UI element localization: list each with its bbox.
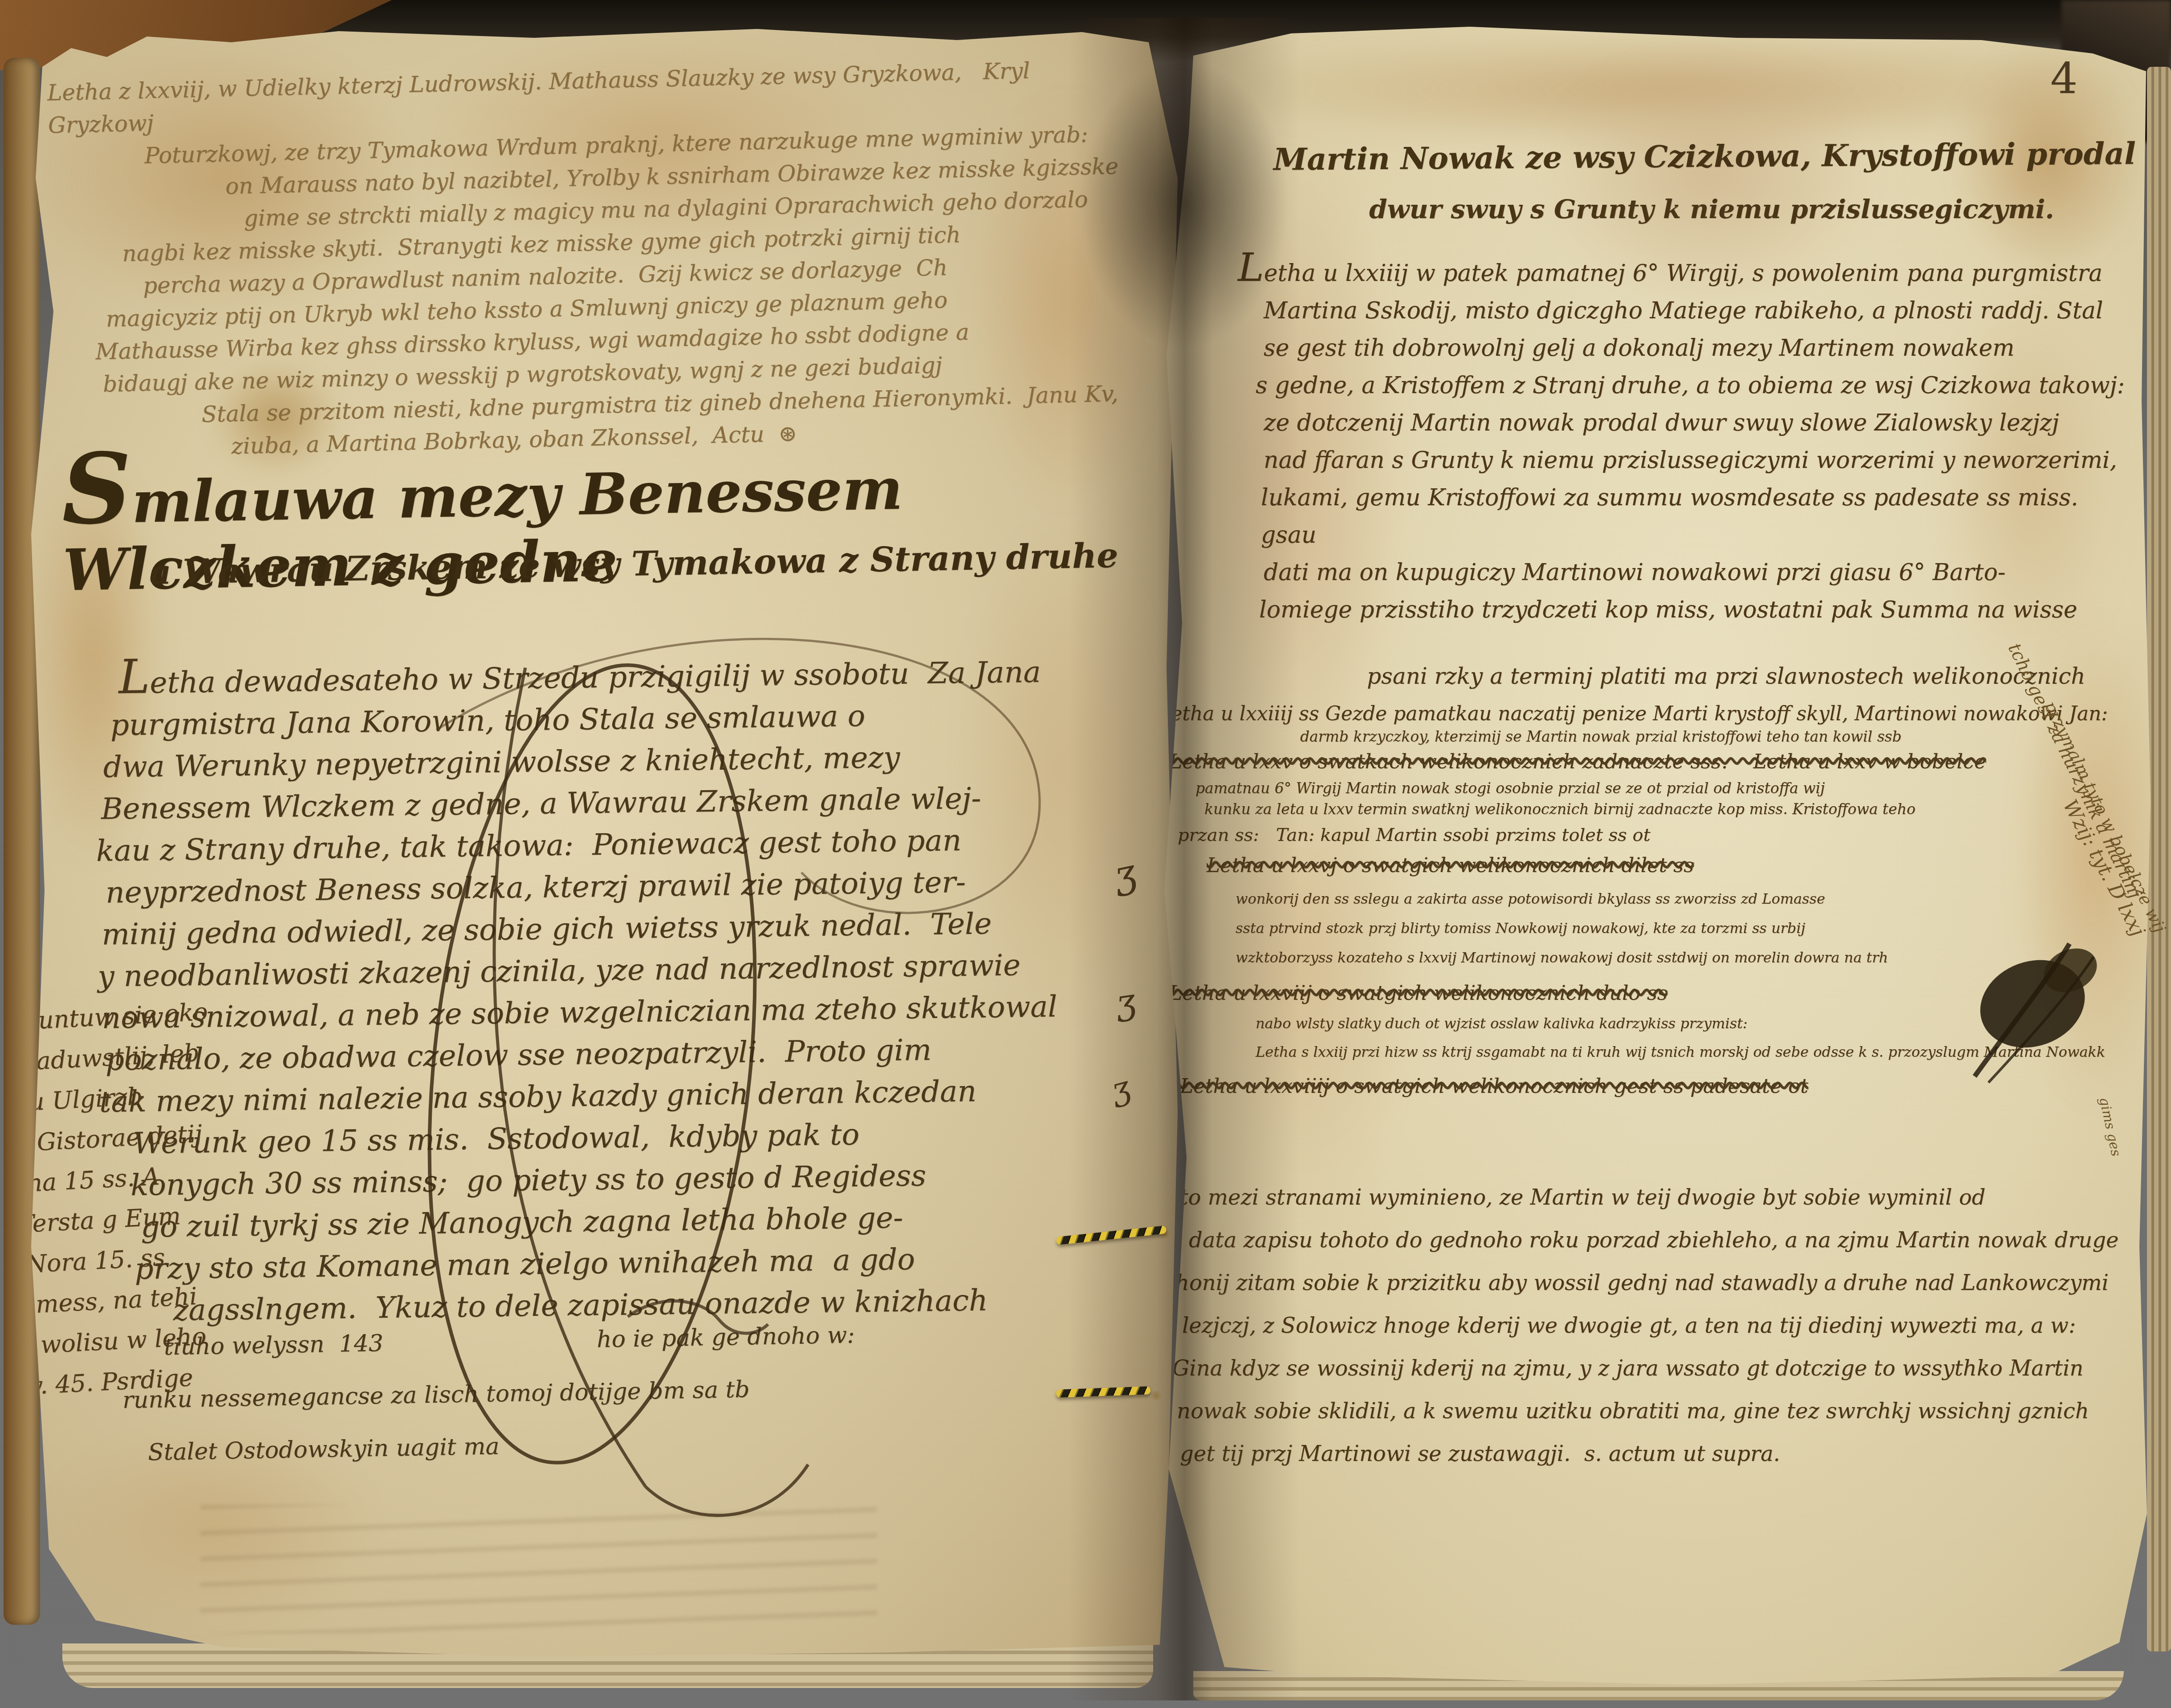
manuscript-line: data zapisu tohoto do gednoho roku porza… xyxy=(1189,1219,2144,1262)
manuscript-line: Martina Sskodij, misto dgiczgho Matiege … xyxy=(1264,292,2133,329)
left-page: Letha z lxxviij, w Udielky kterzj Ludrow… xyxy=(13,22,1178,1660)
payment-entries: Letha u lxxiiij ss Gezde pamatkau naczat… xyxy=(1153,702,2155,1098)
entry-heading-line1: Martin Nowak ze wsy Czizkowa, Krystoffow… xyxy=(1273,136,2136,178)
heading-text: dwur swuy s Grunty k niemu przislussegic… xyxy=(1369,194,2054,224)
heading-text: Martin Nowak ze wsy Czizkowa, Krystoffow… xyxy=(1273,136,2136,178)
manuscript-line: ze dotczenij Martin nowak prodal dwur sw… xyxy=(1264,404,2133,442)
manuscript-line: Gina kdyz se wossinij kderij na zjmu, y … xyxy=(1172,1347,2144,1390)
manuscript-line: dati ma on kupugiczy Martinowi nowakowi … xyxy=(1264,554,2133,591)
folio-number: 4 xyxy=(2050,53,2077,103)
book-block-edge-right xyxy=(2147,67,2171,1651)
payment-entry-struck: Letha u lxxv o swatkach welikonocznich z… xyxy=(1169,750,2155,773)
payment-entry: darmb krzyczkoy, kterzimij se Martin now… xyxy=(1300,728,2155,745)
payment-entry-struck: Letha u lxxviiij o swatgich welikonoczni… xyxy=(1180,1074,2155,1098)
payment-entry-struck: Letha u lxxviij o swatgich welikonocznic… xyxy=(1169,981,2155,1005)
payment-entry: Letha u lxxiiij ss Gezde pamatkau naczat… xyxy=(1158,702,2155,725)
payment-entry: wonkorij den ss sslegu a zakirta asse po… xyxy=(1236,884,2155,972)
right-page: 4 Martin Nowak ze wsy Czizkowa, Krystoff… xyxy=(1126,22,2164,1692)
entry-heading-line2: dwur swuy s Grunty k niemu przislussegic… xyxy=(1369,194,2054,224)
manuscript-line: lomiege przisstiho trzydczeti kop miss, … xyxy=(1259,591,2133,629)
manuscript-line: lukami, gemu Kristoffowi za summu wosmde… xyxy=(1261,479,2133,554)
right-paragraph-continuation: psani rzky a terminj platiti ma przi sla… xyxy=(1367,663,2085,689)
manuscript-line: honij zitam sobie k przizitku aby wossil… xyxy=(1175,1262,2144,1304)
payment-entry: pamatnau 6° Wirgij Martin nowak stogi os… xyxy=(1195,779,2155,797)
manuscript-line: Ito mezi stranami wyminieno, ze Martin w… xyxy=(1164,1176,2144,1219)
manuscript-line: nowak sobie sklidili, a k swemu uzitku o… xyxy=(1177,1390,2144,1432)
manuscript-line: get tij przj Martinowi se zustawagji. s.… xyxy=(1180,1432,2144,1475)
payment-entry-struck: Letha u lxxvj o swatgich welikonocznich … xyxy=(1207,853,2155,877)
manuscript-line: psani rzky a terminj platiti ma przi sla… xyxy=(1367,663,2085,689)
book-block-edge-left xyxy=(4,58,40,1625)
manuscript-line: lezjczj, z Solowicz hnoge kderij we dwog… xyxy=(1182,1304,2144,1347)
payment-entry: nabo wlsty slatky duch ot wjzist osslaw … xyxy=(1256,1009,2155,1066)
right-bottom-paragraph: Ito mezi stranami wyminieno, ze Martin w… xyxy=(1164,1176,2144,1475)
payment-entry: przan ss: Tan: kapul Martin ssobi przims… xyxy=(1178,825,2155,845)
manuscript-photo: Letha z lxxviij, w Udielky kterzj Ludrow… xyxy=(0,0,2171,1708)
payment-entry: kunku za leta u lxxv termin swatknj weli… xyxy=(1204,800,2155,818)
manuscript-line: nad ffaran s Grunty k niemu przislussegi… xyxy=(1264,442,2133,479)
left-top-paragraph: Letha z lxxviij, w Udielky kterzj Ludrow… xyxy=(47,53,1133,467)
manuscript-line: se gest tih dobrowolnj gelj a dokonalj m… xyxy=(1264,329,2133,367)
manuscript-line: s gedne, a Kristoffem z Stranj druhe, a … xyxy=(1256,367,2133,404)
sewing-hole xyxy=(1151,1390,1162,1401)
left-margin-note: Gruntuw sie oko Raduwstlij, leb zu Ulgir… xyxy=(7,989,281,1407)
manuscript-line: Letha u lxxiiij w patek pamatnej 6° Wirg… xyxy=(1238,255,2133,292)
ink-bleed-through xyxy=(200,1505,877,1634)
right-main-paragraph: Letha u lxxiiij w patek pamatnej 6° Wirg… xyxy=(1238,255,2133,629)
